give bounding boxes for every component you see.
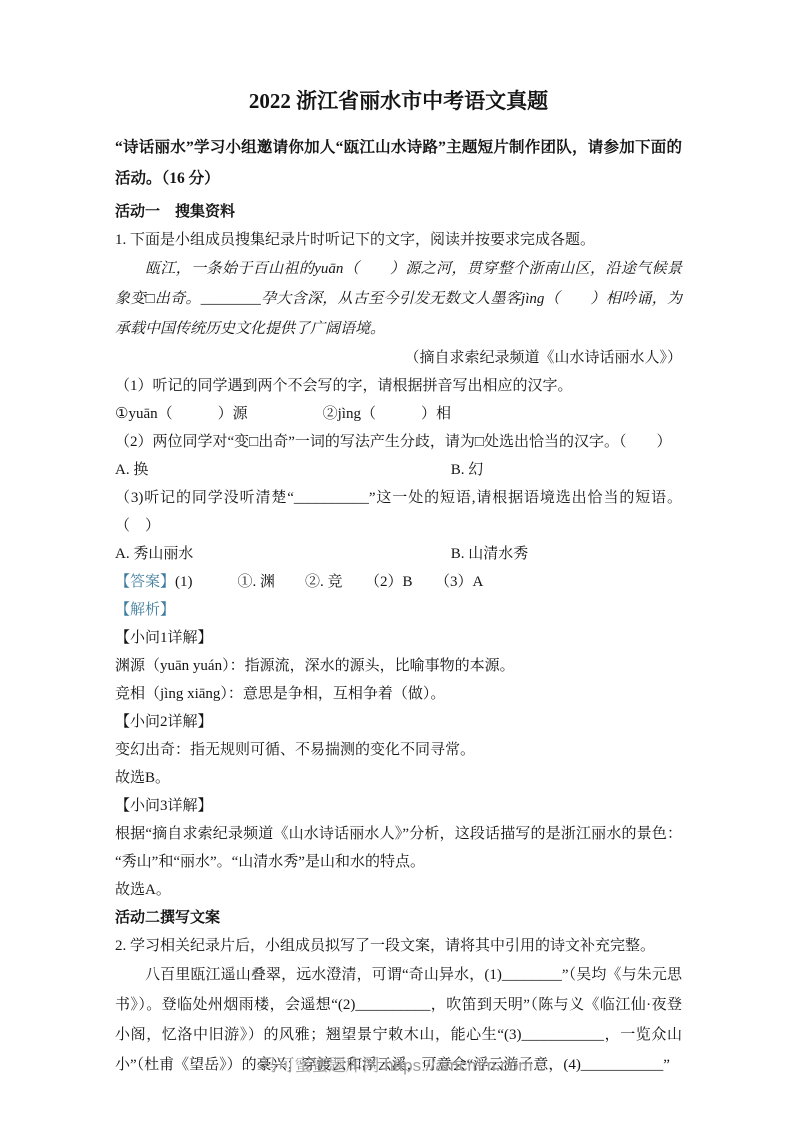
document-content: 2022 浙江省丽水市中考语文真题 “诗话丽水”学习小组邀请你加人“瓯江山水诗路… xyxy=(115,86,682,1080)
analysis-line: 【解析】 xyxy=(115,596,682,624)
intro-paragraph: “诗话丽水”学习小组邀请你加人“瓯江山水诗路”主题短片制作团队，请参加下面的活动… xyxy=(115,132,682,194)
detail-bianhuan-definition: 变幻出奇：指无规则可循、不易揣测的变化不同寻常。 xyxy=(115,736,682,764)
sub-question-1-items: ①yuān（ ）源 ②jìng（ ）相 xyxy=(115,400,682,428)
analysis-label: 【解析】 xyxy=(115,602,175,618)
sub3-option-a: A. 秀山丽水 xyxy=(115,540,447,568)
sub3-option-b: B. 山清水秀 xyxy=(451,546,529,562)
detail-subq3-analysis: 根据“摘自求索纪录频道《山水诗话丽水人》”分析，这段话描写的是浙江丽水的景色：“… xyxy=(115,820,682,876)
sub3-options: A. 秀山丽水 B. 山清水秀 xyxy=(115,540,682,568)
sub2-option-a: A. 换 xyxy=(115,456,447,484)
sub-question-1: （1）听记的同学遇到两个不会写的字，请根据拼音写出相应的汉字。 xyxy=(115,372,682,400)
watermark-site-text: 马可蜜蜜题库网 https://amcmm.com xyxy=(0,1054,793,1078)
activity2-heading: 活动二撰写文案 xyxy=(115,904,682,932)
detail-yuanyuan-definition: 渊源（yuān yuán）：指源流，深水的源头，比喻事物的本源。 xyxy=(115,652,682,680)
listening-passage: 瓯江，一条始于百山祖的yuān（ ）源之河，贯穿整个浙南山区，沿途气候景象变□出… xyxy=(115,254,682,344)
page-title: 2022 浙江省丽水市中考语文真题 xyxy=(115,86,682,116)
detail-subq3-heading: 【小问3详解】 xyxy=(115,792,682,820)
sub-question-2: （2）两位同学对“变□出奇”一词的写法产生分歧，请为□处选出恰当的汉字。（ ） xyxy=(115,428,682,456)
sub2-options: A. 换 B. 幻 xyxy=(115,456,682,484)
answer-text: (1) ①. 渊 ②. 竞 （2）B （3）A xyxy=(175,574,483,590)
sub2-option-b: B. 幻 xyxy=(451,462,484,478)
question1-text: 1. 下面是小组成员搜集纪录片时听记下的文字，阅读并按要求完成各题。 xyxy=(115,226,682,254)
sub-question-3: （3)听记的同学没听清楚“__________”这一处的短语,请根据语境选出恰当… xyxy=(115,484,682,540)
activity1-heading: 活动一 搜集资料 xyxy=(115,198,682,226)
detail-jingxiang-definition: 竞相（jìng xiāng）：意思是争相，互相争着（做）。 xyxy=(115,680,682,708)
detail-subq2-heading: 【小问2详解】 xyxy=(115,708,682,736)
answer-label: 【答案】 xyxy=(115,574,175,590)
question2-text: 2. 学习相关纪录片后，小组成员拟写了一段文案，请将其中引用的诗文补充完整。 xyxy=(115,932,682,960)
passage-source: （摘自求索纪录频道《山水诗话丽水人》） xyxy=(115,344,682,372)
detail-subq2-conclusion: 故选B。 xyxy=(115,764,682,792)
answer-line: 【答案】(1) ①. 渊 ②. 竞 （2）B （3）A xyxy=(115,568,682,596)
detail-subq1-heading: 【小问1详解】 xyxy=(115,624,682,652)
exam-document-page: 2022 浙江省丽水市中考语文真题 “诗话丽水”学习小组邀请你加人“瓯江山水诗路… xyxy=(0,0,793,1122)
detail-subq3-conclusion: 故选A。 xyxy=(115,876,682,904)
